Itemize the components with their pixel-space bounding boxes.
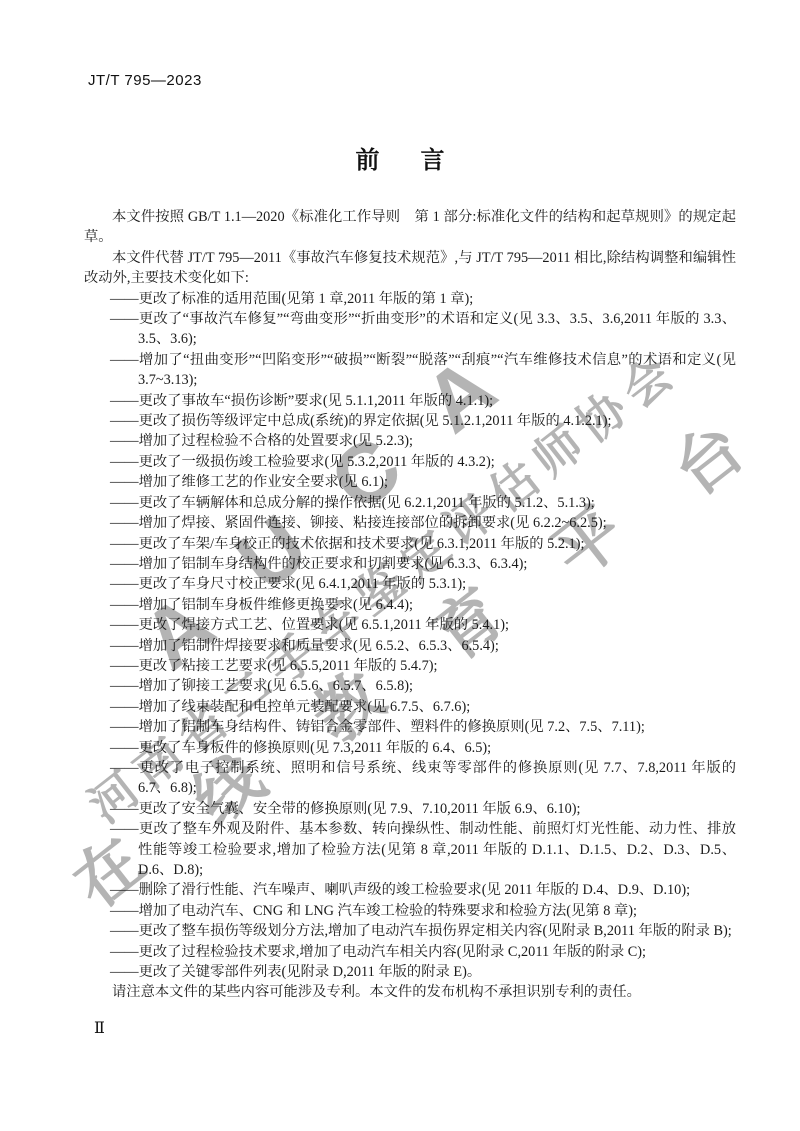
page-title-char-1: 前 xyxy=(356,140,380,175)
doc-number: JT/T 795—2023 xyxy=(88,72,202,89)
foreword-item: ——更改了车身板件的修换原则(见 7.3,2011 年版的 6.4、6.5); xyxy=(84,738,736,758)
foreword-item: ——更改了粘接工艺要求(见 6.5.5,2011 年版的 5.4.7); xyxy=(84,656,736,676)
document-page: 河南省二手车鉴定评估师协会在线教育平台AUCA JT/T 795—2023 前 … xyxy=(0,0,800,1131)
foreword-item: ——更改了“事故汽车修复”“弯曲变形”“折曲变形”的术语和定义(见 3.3、3.… xyxy=(84,309,736,350)
page-number: Ⅱ xyxy=(94,1018,105,1038)
foreword-item: ——删除了滑行性能、汽车噪声、喇叭声级的竣工检验要求(见 2011 年版的 D.… xyxy=(84,880,736,900)
foreword-item: ——增加了“扭曲变形”“凹陷变形”“破损”“断裂”“脱落”“刮痕”“汽车维修技术… xyxy=(84,350,736,391)
foreword-item: ——更改了电子控制系统、照明和信号系统、线束等零部件的修换原则(见 7.7、7.… xyxy=(84,758,736,799)
foreword-item: ——更改了车辆解体和总成分解的操作依据(见 6.2.1,2011 年版的 5.1… xyxy=(84,493,736,513)
foreword-paragraph: 本文件代替 JT/T 795—2011《事故汽车修复技术规范》,与 JT/T 7… xyxy=(84,248,736,289)
foreword-item: ——增加了铝制车身板件维修更换要求(见 6.4.4); xyxy=(84,595,736,615)
page-title-char-2: 言 xyxy=(421,140,445,175)
foreword-item: ——更改了焊接方式工艺、位置要求(见 6.5.1,2011 年版的 5.4.1)… xyxy=(84,615,736,635)
page-title: 前 言 xyxy=(0,140,800,175)
foreword-item: ——增加了铆接工艺要求(见 6.5.6、6.5.7、6.5.8); xyxy=(84,676,736,696)
foreword-item: ——增加了电动汽车、CNG 和 LNG 汽车竣工检验的特殊要求和检验方法(见第 … xyxy=(84,901,736,921)
foreword-item: ——增加了铝制车身结构件、铸铝合金零部件、塑料件的修换原则(见 7.2、7.5、… xyxy=(84,717,736,737)
foreword-item: ——增加了线束装配和电控单元装配要求(见 6.7.5、6.7.6); xyxy=(84,697,736,717)
foreword-item: ——增加了铝制件焊接要求和质量要求(见 6.5.2、6.5.3、6.5.4); xyxy=(84,636,736,656)
foreword-item: ——更改了过程检验技术要求,增加了电动汽车相关内容(见附录 C,2011 年版的… xyxy=(84,942,736,962)
foreword-item: ——更改了损伤等级评定中总成(系统)的界定依据(见 5.1.2.1,2011 年… xyxy=(84,411,736,431)
foreword-item: ——更改了关键零部件列表(见附录 D,2011 年版的附录 E)。 xyxy=(84,962,736,982)
foreword-item: ——更改了标准的适用范围(见第 1 章,2011 年版的第 1 章); xyxy=(84,289,736,309)
foreword-item: ——更改了车架/车身校正的技术依据和技术要求(见 6.3.1,2011 年版的 … xyxy=(84,534,736,554)
foreword-item: ——更改了一级损伤竣工检验要求(见 5.3.2,2011 年版的 4.3.2); xyxy=(84,452,736,472)
foreword-paragraph: 本文件按照 GB/T 1.1—2020《标准化工作导则 第 1 部分:标准化文件… xyxy=(84,207,736,248)
foreword-item: ——更改了安全气囊、安全带的修换原则(见 7.9、7.10,2011 年版 6.… xyxy=(84,799,736,819)
foreword-item: ——增加了焊接、紧固件连接、铆接、粘接连接部位的拆卸要求(见 6.2.2~6.2… xyxy=(84,513,736,533)
foreword-item: ——更改了整车外观及附件、基本参数、转向操纵性、制动性能、前照灯灯光性能、动力性… xyxy=(84,819,736,880)
foreword-item: ——增加了铝制车身结构件的校正要求和切割要求(见 6.3.3、6.3.4); xyxy=(84,554,736,574)
foreword-item: ——更改了车身尺寸校正要求(见 6.4.1,2011 年版的 5.3.1); xyxy=(84,574,736,594)
foreword-item: ——增加了过程检验不合格的处置要求(见 5.2.3); xyxy=(84,431,736,451)
foreword-item: ——更改了事故车“损伤诊断”要求(见 5.1.1,2011 年版的 4.1.1)… xyxy=(84,391,736,411)
foreword-body: 本文件按照 GB/T 1.1—2020《标准化工作导则 第 1 部分:标准化文件… xyxy=(84,207,736,1003)
foreword-item: ——增加了维修工艺的作业安全要求(见 6.1); xyxy=(84,472,736,492)
foreword-paragraph: 请注意本文件的某些内容可能涉及专利。本文件的发布机构不承担识别专利的责任。 xyxy=(84,982,736,1002)
foreword-item: ——更改了整车损伤等级划分方法,增加了电动汽车损伤界定相关内容(见附录 B,20… xyxy=(84,921,736,941)
